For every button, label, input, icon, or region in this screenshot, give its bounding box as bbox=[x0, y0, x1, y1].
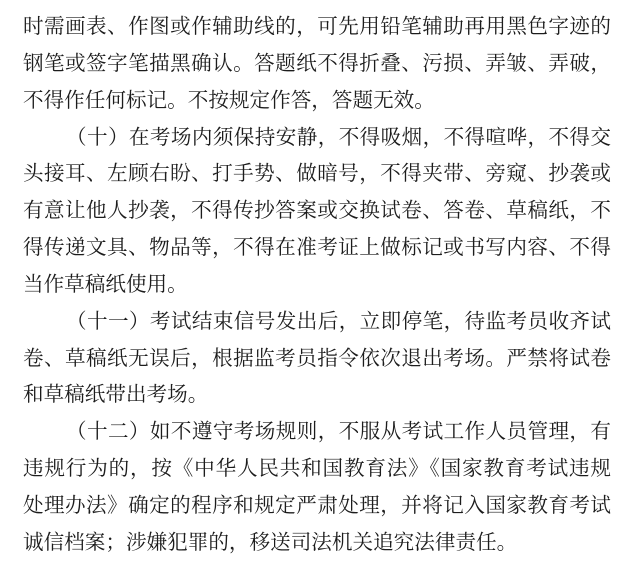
text-line: 钢笔或签字笔描黑确认。答题纸不得折叠、污损、弄皱、弄破， bbox=[23, 46, 611, 83]
text-line: 和草稿纸带出考场。 bbox=[23, 377, 611, 414]
text-line: 不得作任何标记。不按规定作答，答题无效。 bbox=[23, 83, 611, 120]
text-line: 当作草稿纸使用。 bbox=[23, 267, 611, 304]
text-line-rule-12-start: （十二）如不遵守考场规则，不服从考试工作人员管理，有 bbox=[23, 414, 611, 451]
text-line: 头接耳、左顾右盼、打手势、做暗号，不得夹带、旁窥、抄袭或 bbox=[23, 156, 611, 193]
text-line: 时需画表、作图或作辅助线的，可先用铅笔辅助再用黑色字迹的 bbox=[23, 9, 611, 46]
text-line: 诚信档案；涉嫌犯罪的，移送司法机关追究法律责任。 bbox=[23, 525, 611, 562]
document-page: 时需画表、作图或作辅助线的，可先用铅笔辅助再用黑色字迹的 钢笔或签字笔描黑确认。… bbox=[0, 0, 633, 571]
text-line: 违规行为的，按《中华人民共和国教育法》《国家教育考试违规 bbox=[23, 451, 611, 488]
text-block: 时需画表、作图或作辅助线的，可先用铅笔辅助再用黑色字迹的 钢笔或签字笔描黑确认。… bbox=[23, 9, 611, 562]
text-line: 有意让他人抄袭，不得传抄答案或交换试卷、答卷、草稿纸，不 bbox=[23, 193, 611, 230]
text-line: 卷、草稿纸无误后，根据监考员指令依次退出考场。严禁将试卷 bbox=[23, 341, 611, 378]
text-line: 处理办法》确定的程序和规定严肃处理，并将记入国家教育考试 bbox=[23, 488, 611, 525]
text-line: 得传递文具、物品等，不得在准考证上做标记或书写内容、不得 bbox=[23, 230, 611, 267]
text-line-rule-10-start: （十）在考场内须保持安静，不得吸烟，不得喧哗，不得交 bbox=[23, 120, 611, 157]
text-line-rule-11-start: （十一）考试结束信号发出后，立即停笔，待监考员收齐试 bbox=[23, 304, 611, 341]
